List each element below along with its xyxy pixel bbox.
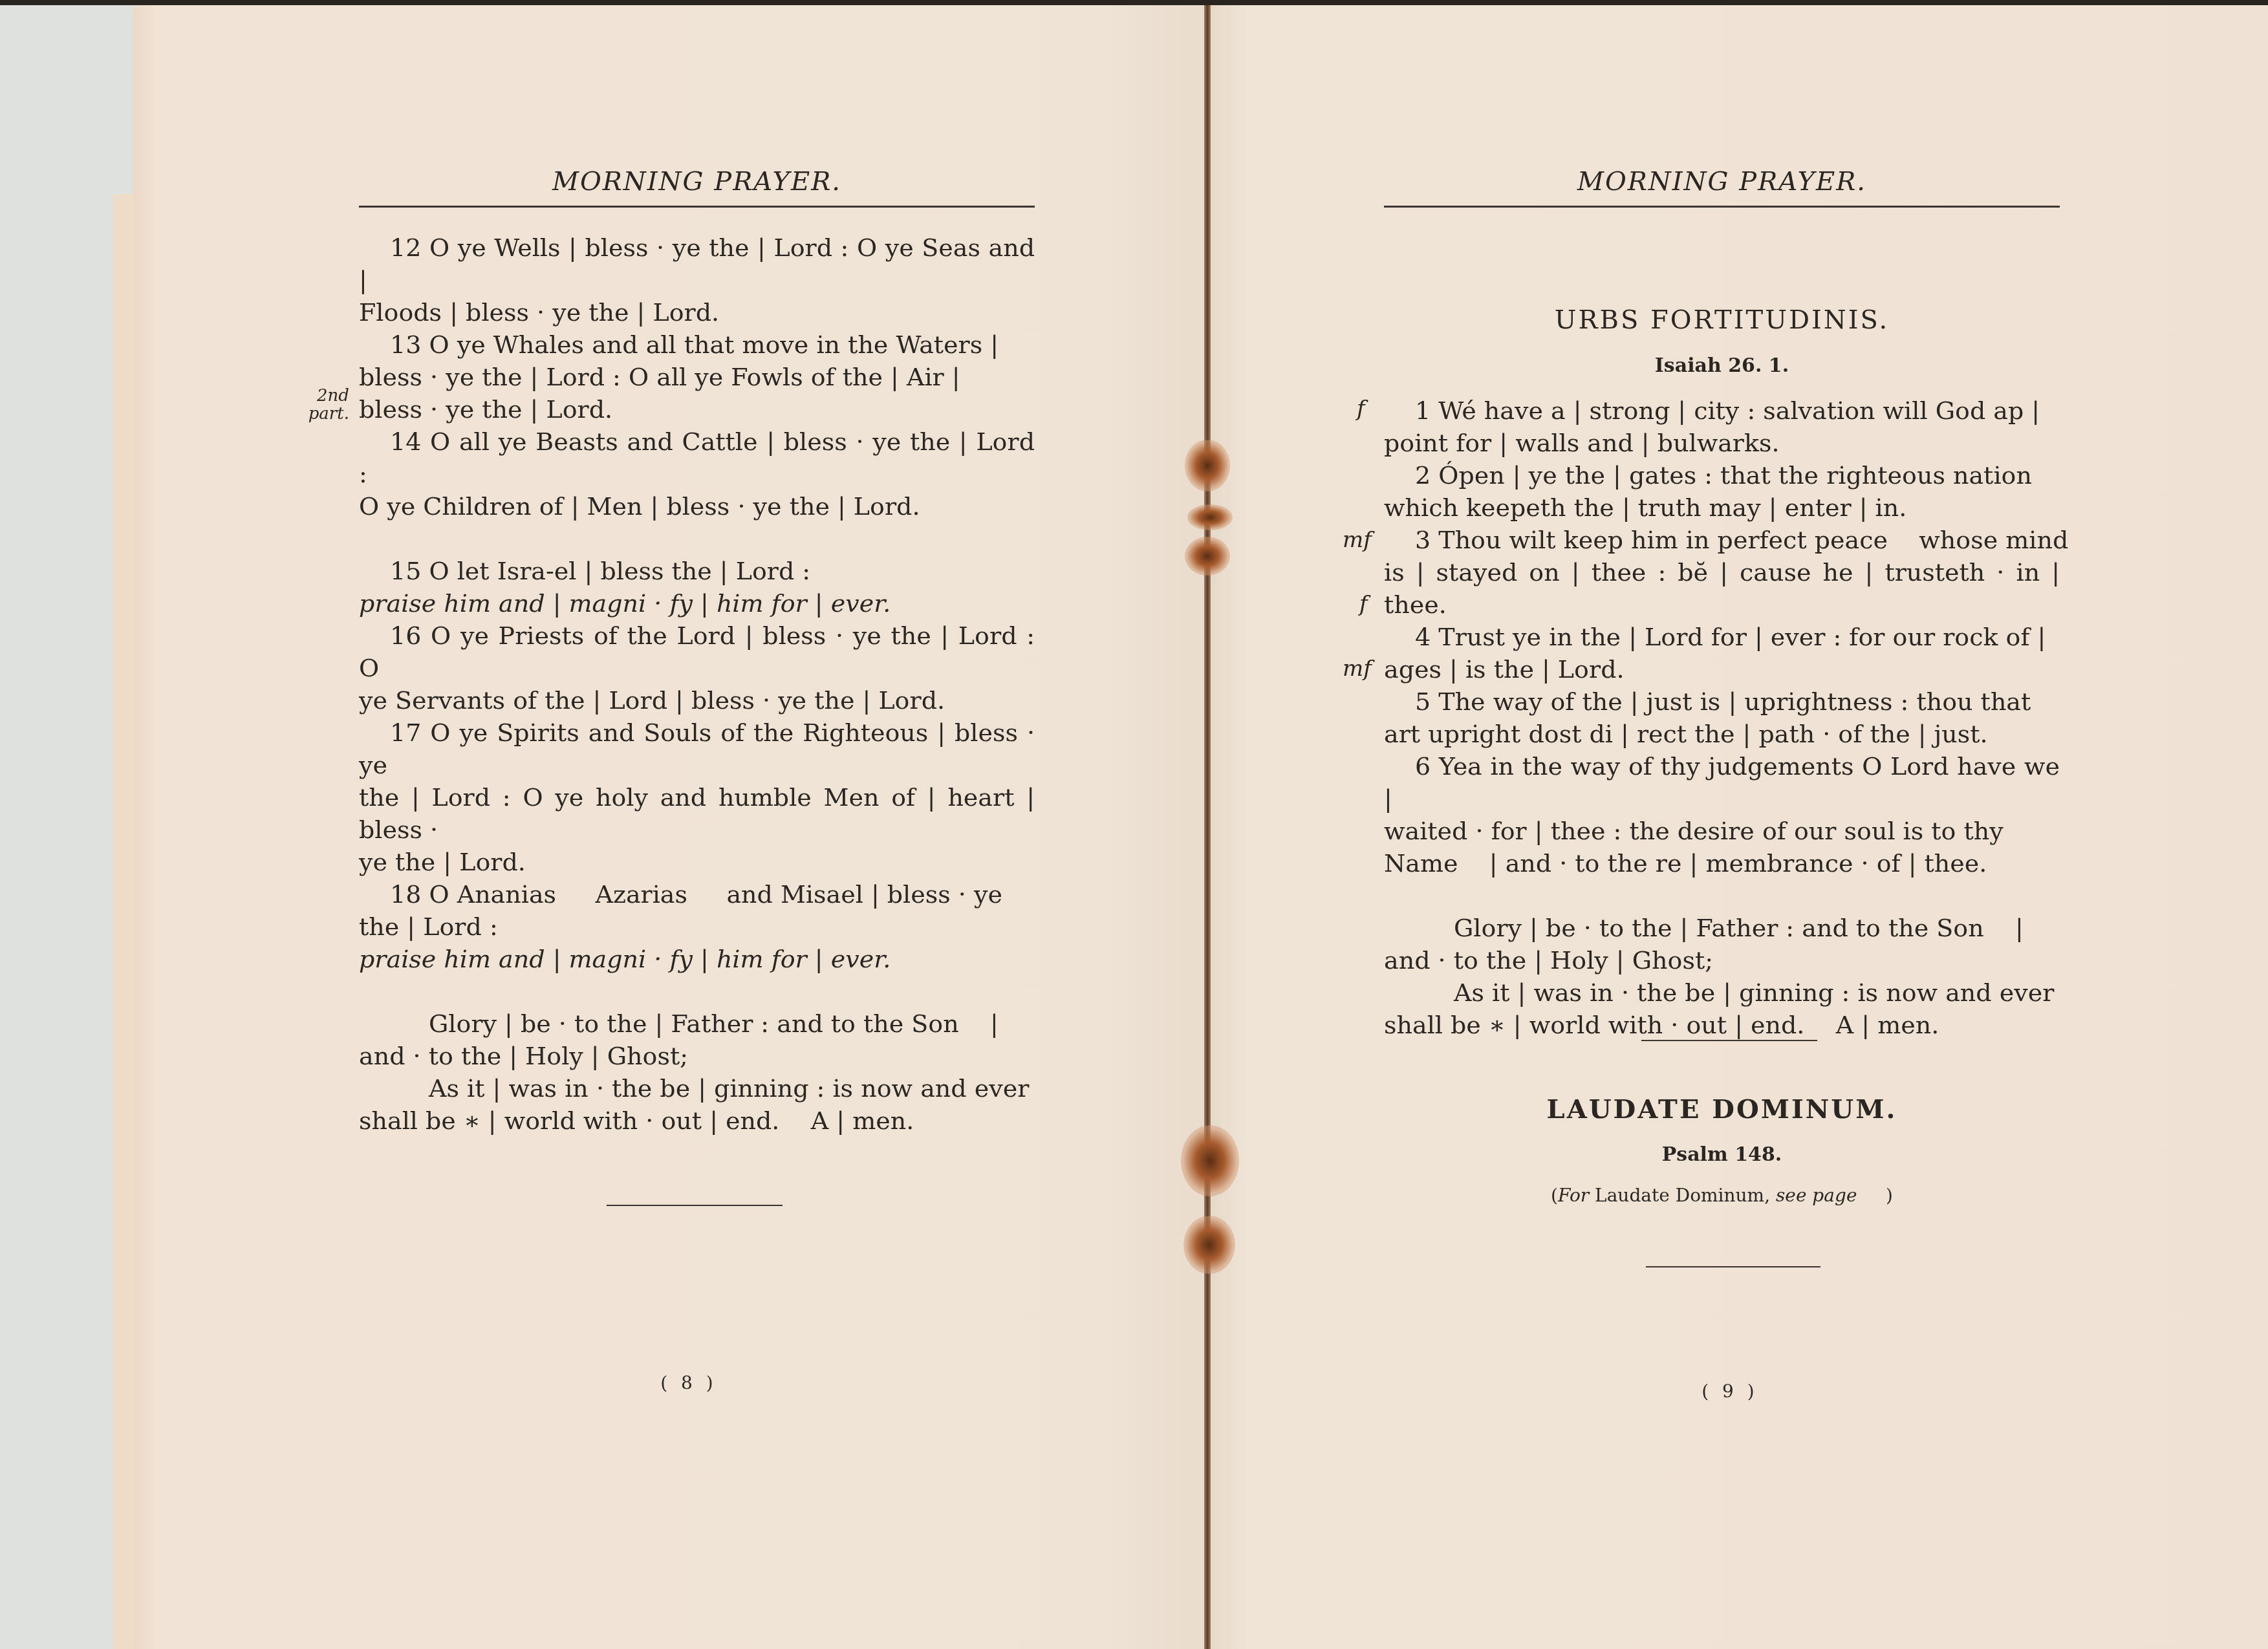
margin-note-2nd-part: 2nd part.: [285, 387, 349, 423]
verse-line: the | Lord :: [359, 911, 1035, 943]
verse-line: art upright dost di | rect the | path · …: [1384, 718, 2060, 750]
right-page-number: ( 9 ): [1659, 1381, 1801, 1402]
dynamic-mark: f: [1359, 591, 1368, 617]
dynamic-mark: f: [1357, 396, 1365, 422]
gloria-line: shall be ∗ | world with · out | end. A |…: [359, 1105, 1035, 1137]
verse-2: 2 Ópen | ye the | gates : that the right…: [1384, 459, 2060, 524]
verse-line: ye Servants of the | Lord | bless · ye t…: [359, 684, 1035, 717]
verse-15: 15 O let Isra-el | bless the | Lord : pr…: [359, 555, 1035, 620]
verse-line: bless · ye the | Lord.: [359, 393, 1035, 426]
note-title: Laudate Dominum,: [1589, 1185, 1776, 1206]
verse-line: ye the | Lord.: [359, 846, 1035, 878]
verse-line: O ye Priests of the Lord | bless · ye th…: [359, 621, 1035, 682]
verse-number: 4: [1384, 621, 1431, 653]
left-running-head: MORNING PRAYER.: [359, 167, 1035, 197]
right-running-head: MORNING PRAYER.: [1384, 167, 2060, 197]
right-canticle-text: 1 Wé have a | strong | city : salvation …: [1384, 394, 2060, 1041]
spine-stain: [1183, 1216, 1235, 1274]
verse-number: 15: [359, 555, 421, 587]
verse-17: 17 O ye Spirits and Souls of the Righteo…: [359, 717, 1035, 878]
verse-line: Name | and · to the re | membrance · of …: [1384, 847, 2060, 879]
left-canticle-text: 12 O ye Wells | bless · ye the | Lord : …: [359, 232, 1035, 1137]
section-title-laudate-dominum: LAUDATE DOMINUM.: [1384, 1094, 2060, 1125]
verse-6: 6 Yea in the way of thy judgements O Lor…: [1384, 750, 2060, 879]
gloria-line: shall be ∗ | world with · out | end. A |…: [1384, 1009, 2060, 1041]
gloria-line: As it | was in · the be | ginning : is n…: [429, 1074, 1029, 1103]
verse-number: 12: [359, 232, 421, 264]
spine-stain: [1185, 440, 1230, 491]
section-divider-rule: [1641, 1040, 1817, 1041]
verse-number: 3: [1384, 524, 1431, 556]
left-page-number: ( 8 ): [618, 1372, 760, 1394]
spine-stain: [1185, 537, 1230, 576]
psalm-reference: Psalm 148.: [1384, 1143, 2060, 1166]
verse-13: 13 O ye Whales and all that move in the …: [359, 329, 1035, 426]
verse-line: waited · for | thee : the desire of our …: [1384, 815, 2060, 847]
note-for: For: [1558, 1185, 1589, 1206]
refrain-line: praise him and | magni · fy | him for | …: [359, 587, 1035, 620]
gloria-line: and · to the | Holy | Ghost;: [1384, 944, 2060, 976]
left-header-rule: [359, 206, 1035, 208]
verse-number: 18: [359, 878, 421, 911]
cross-reference-note: (For Laudate Dominum, see page ): [1384, 1185, 2060, 1206]
dynamic-mark: mf: [1343, 656, 1372, 682]
note-see-page: see page: [1776, 1185, 1857, 1206]
verse-number: 17: [359, 717, 421, 749]
verse-line: Wé have a | strong | city : salvation wi…: [1438, 396, 2040, 425]
verse-18: 18 O Ananias Azarias and Misael | bless …: [359, 878, 1035, 975]
verse-line: which keepeth the | truth may | enter | …: [1384, 491, 2060, 524]
verse-5: 5 The way of the | just is | uprightness…: [1384, 685, 2060, 750]
verse-line: O ye Wells | bless · ye the | Lord : O y…: [359, 233, 1035, 294]
verse-line: O let Isra-el | bless the | Lord :: [429, 557, 810, 585]
verse-16: 16 O ye Priests of the Lord | bless · ye…: [359, 620, 1035, 717]
verse-line: the | Lord : O ye holy and humble Men of…: [359, 781, 1035, 846]
verse-line: Yea in the way of thy judgements O Lord …: [1384, 752, 2060, 813]
note-paren: (: [1551, 1185, 1558, 1206]
verse-number: 6: [1384, 750, 1431, 782]
gloria-patri: Glory | be · to the | Father : and to th…: [1384, 912, 2060, 1041]
section-title-urbs-fortitudinis: URBS FORTITUDINIS.: [1384, 305, 2060, 335]
section-end-rule: [1646, 1266, 1820, 1267]
dynamic-mark: mf: [1343, 527, 1372, 553]
verse-number: 13: [359, 329, 421, 361]
verse-line: O ye Children of | Men | bless · ye the …: [359, 490, 1035, 523]
verse-number: 1: [1384, 394, 1431, 427]
verse-4: 4 Trust ye in the | Lord for | ever : fo…: [1384, 621, 2060, 685]
verse-line: O ye Whales and all that move in the Wat…: [429, 330, 999, 359]
gloria-line: and · to the | Holy | Ghost;: [359, 1040, 1035, 1072]
verse-line: is | stayed on | thee : bĕ | cause he | …: [1384, 556, 2060, 621]
verse-line: O all ye Beasts and Cattle | bless · ye …: [359, 427, 1035, 488]
verse-12: 12 O ye Wells | bless · ye the | Lord : …: [359, 232, 1035, 329]
verse-1: 1 Wé have a | strong | city : salvation …: [1384, 394, 2060, 459]
spine-stain: [1187, 504, 1233, 530]
book-spine: [1204, 5, 1211, 1649]
verse-line: point for | walls and | bulwarks.: [1384, 427, 2060, 459]
note-paren: ): [1857, 1185, 1892, 1206]
verse-number: 16: [359, 620, 421, 652]
verse-line: Thou wilt keep him in perfect peace whos…: [1438, 526, 2068, 554]
verse-line: O Ananias Azarias and Misael | bless · y…: [429, 880, 1002, 909]
verse-line: Ópen | ye the | gates : that the righteo…: [1438, 461, 2032, 490]
right-header-rule: [1384, 206, 2060, 208]
verse-line: bless · ye the | Lord : O all ye Fowls o…: [359, 361, 1035, 393]
left-end-rule: [607, 1205, 783, 1206]
scripture-reference: Isaiah 26. 1.: [1384, 354, 2060, 377]
gloria-line: Glory | be · to the | Father : and to th…: [429, 1009, 999, 1038]
verse-line: The way of the | just is | uprightness :…: [1438, 687, 2031, 716]
verse-number: 14: [359, 426, 421, 458]
verse-line: Trust ye in the | Lord for | ever : for …: [1438, 623, 2046, 651]
scanner-edge: [0, 0, 2268, 5]
gloria-line: Glory | be · to the | Father : and to th…: [1454, 914, 2024, 942]
spine-stain: [1181, 1125, 1239, 1196]
verse-number: 5: [1384, 685, 1431, 718]
verse-number: 2: [1384, 459, 1431, 491]
refrain-line: praise him and | magni · fy | him for | …: [359, 943, 1035, 975]
verse-3: 3 Thou wilt keep him in perfect peace wh…: [1384, 524, 2060, 621]
verse-line: ages | is the | Lord.: [1384, 653, 2060, 685]
verse-14: 14 O all ye Beasts and Cattle | bless · …: [359, 426, 1035, 523]
gloria-patri: Glory | be · to the | Father : and to th…: [359, 1008, 1035, 1137]
verse-line: Floods | bless · ye the | Lord.: [359, 296, 1035, 329]
gloria-line: As it | was in · the be | ginning : is n…: [1454, 978, 2054, 1007]
verse-line: O ye Spirits and Souls of the Righteous …: [359, 718, 1035, 779]
